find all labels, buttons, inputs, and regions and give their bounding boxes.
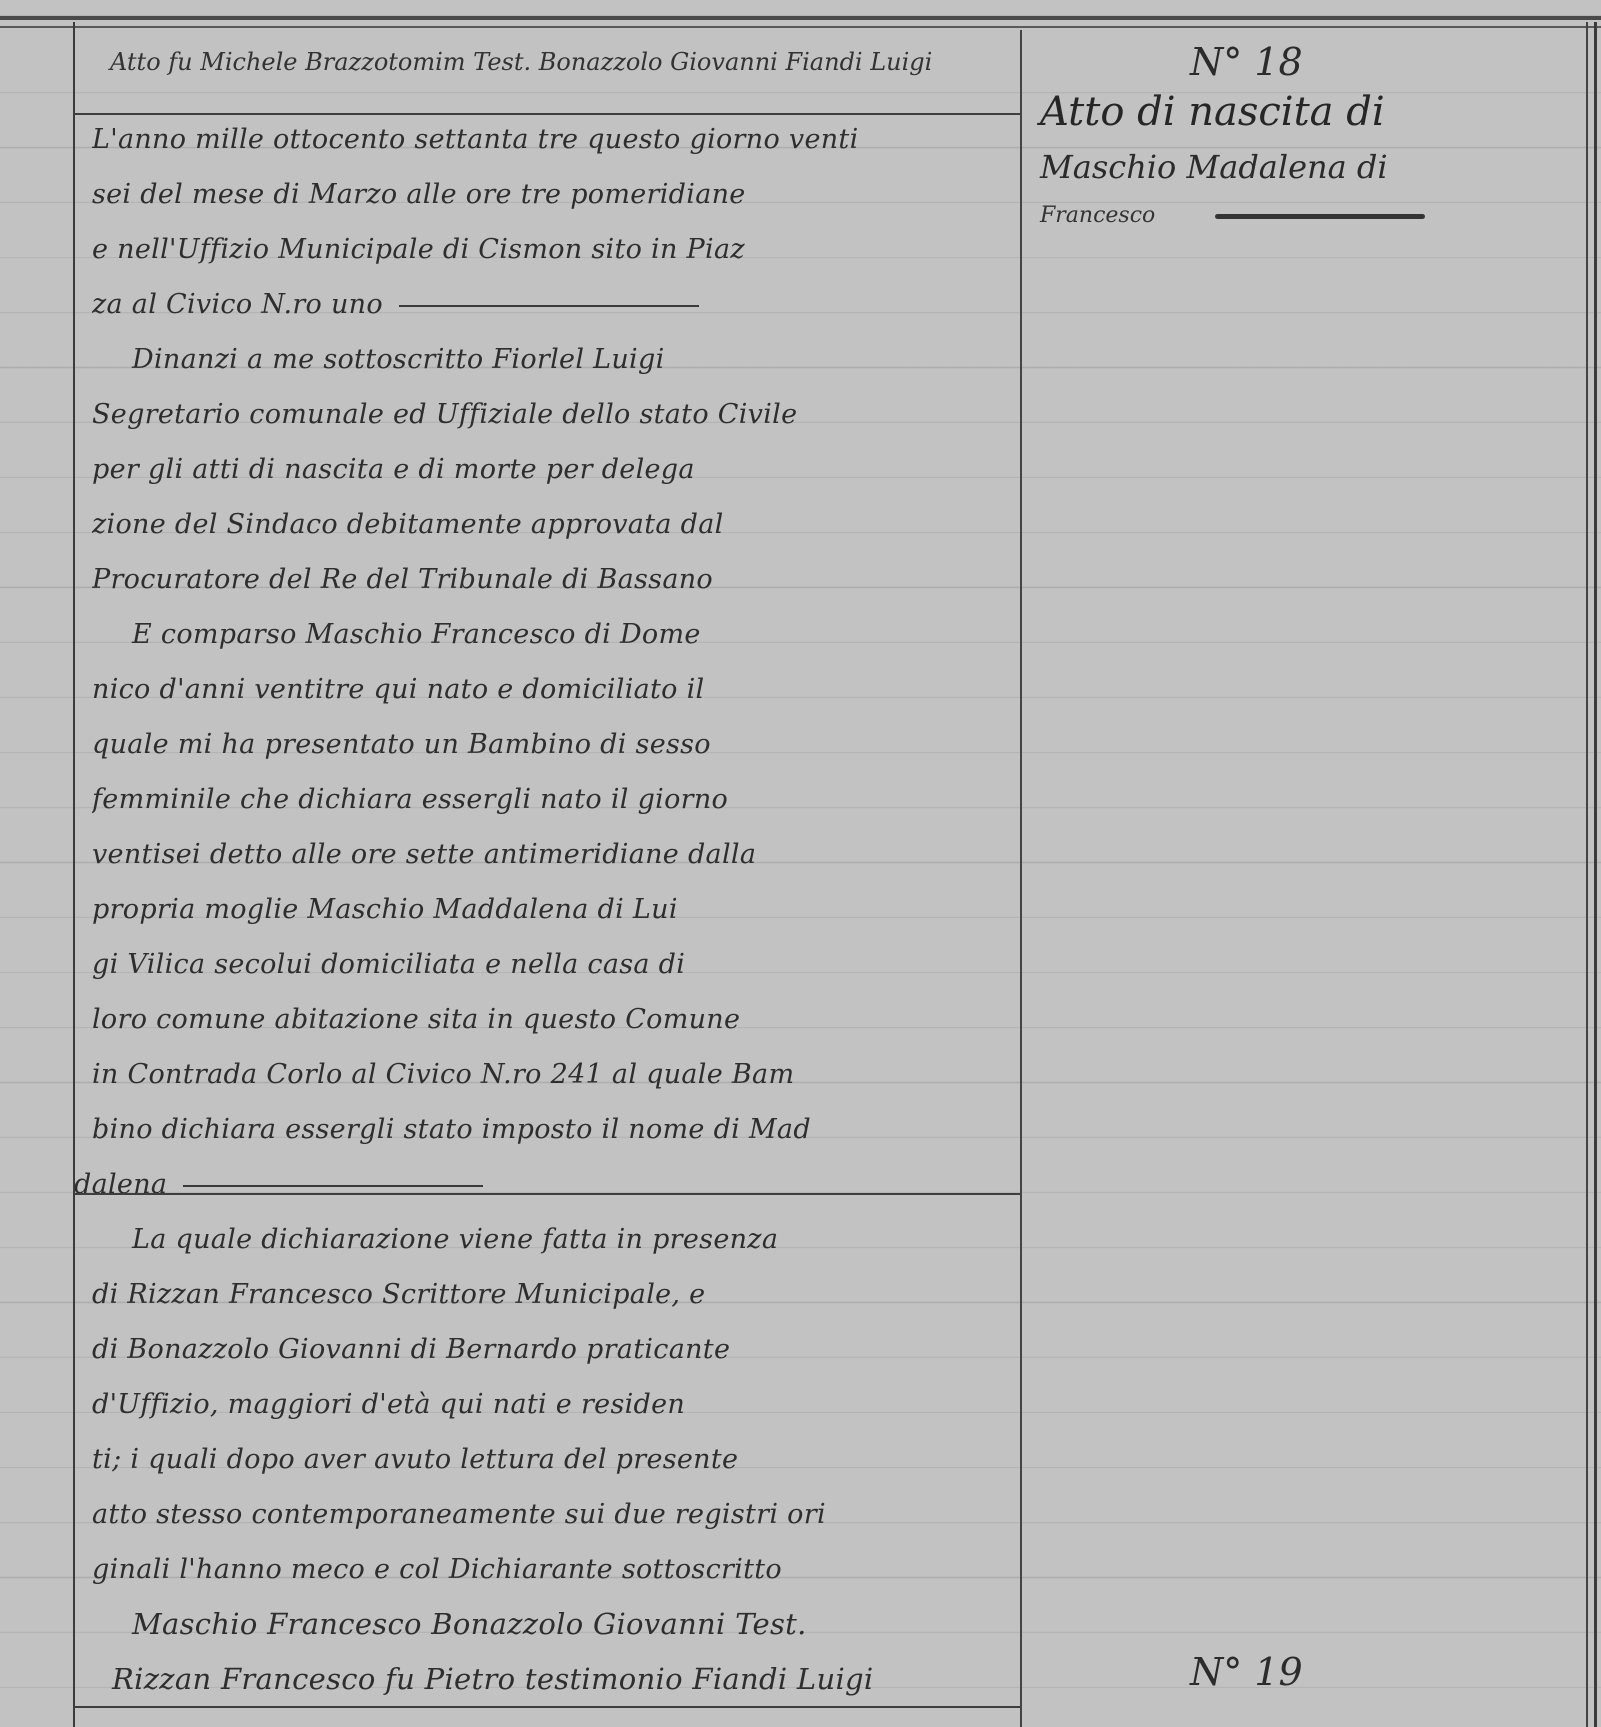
body-line: in Contrada Corlo al Civico N.ro 241 al …: [92, 1047, 1010, 1102]
body-line: gi Vilica secolui domiciliata e nella ca…: [92, 937, 1010, 992]
body-line: ti; i quali dopo aver avuto lettura del …: [92, 1432, 1010, 1487]
body-line: bino dichiara essergli stato imposto il …: [92, 1102, 1010, 1157]
act-body: L'anno mille ottocento settanta tre ques…: [92, 112, 1010, 1707]
body-line: sei del mese di Marzo alle ore tre pomer…: [92, 167, 1010, 222]
body-line: L'anno mille ottocento settanta tre ques…: [92, 112, 1010, 167]
act-number: N° 18: [1190, 40, 1580, 84]
body-line: Segretario comunale ed Uffiziale dello s…: [92, 387, 1010, 442]
body-line: atto stesso contemporaneamente sui due r…: [92, 1487, 1010, 1542]
act-subject-name: Maschio Madalena di: [1040, 140, 1580, 194]
body-line: loro comune abitazione sita in questo Co…: [92, 992, 1010, 1047]
next-act-number: N° 19: [1190, 1650, 1580, 1694]
body-line: e nell'Uffizio Municipale di Cismon sito…: [92, 222, 1010, 277]
signature-line: Rizzan Francesco fu Pietro testimonio Fi…: [92, 1652, 1010, 1707]
right-double-border: [1586, 22, 1597, 1727]
body-line: E comparso Maschio Francesco di Dome: [92, 607, 1010, 662]
register-page: Atto fu Michele Brazzotomim Test. Bonazz…: [0, 0, 1601, 1727]
section-rule: [75, 1193, 1020, 1195]
body-line: La quale dichiarazione viene fatta in pr…: [92, 1212, 1010, 1267]
previous-act-signatures: Atto fu Michele Brazzotomim Test. Bonazz…: [110, 48, 932, 76]
body-line: zione del Sindaco debitamente approvata …: [92, 497, 1010, 552]
act-title: Atto di nascita di: [1040, 84, 1580, 140]
body-line: di Rizzan Francesco Scrittore Municipale…: [92, 1267, 1010, 1322]
body-line: quale mi ha presentato un Bambino di ses…: [92, 717, 1010, 772]
top-border-rule: [0, 16, 1601, 28]
body-line: propria moglie Maschio Maddalena di Lui: [92, 882, 1010, 937]
body-line: ventisei detto alle ore sette antimeridi…: [92, 827, 1010, 882]
act-end-rule: [75, 1706, 1020, 1708]
signature-line: Maschio Francesco Bonazzolo Giovanni Tes…: [92, 1597, 1010, 1652]
column-divider: [1020, 30, 1022, 1727]
body-line: di Bonazzolo Giovanni di Bernardo pratic…: [92, 1322, 1010, 1377]
body-line: nico d'anni ventitre qui nato e domicili…: [92, 662, 1010, 717]
body-line: d'Uffizio, maggiori d'età qui nati e res…: [92, 1377, 1010, 1432]
body-line: femminile che dichiara essergli nato il …: [92, 772, 1010, 827]
next-margin-annotation: N° 19: [1040, 1650, 1580, 1694]
body-line: ginali l'hanno meco e col Dichiarante so…: [92, 1542, 1010, 1597]
body-line: za al Civico N.ro uno: [92, 277, 1010, 332]
left-margin-rule: [73, 22, 75, 1727]
margin-annotation: N° 18 Atto di nascita di Maschio Madalen…: [1040, 40, 1580, 238]
body-line: Dinanzi a me sottoscritto Fiorlel Luigi: [92, 332, 1010, 387]
body-line: Procuratore del Re del Tribunale di Bass…: [92, 552, 1010, 607]
body-line: per gli atti di nascita e di morte per d…: [92, 442, 1010, 497]
body-line: dalena: [74, 1157, 1010, 1212]
act-parent-name: Francesco: [1040, 194, 1580, 238]
